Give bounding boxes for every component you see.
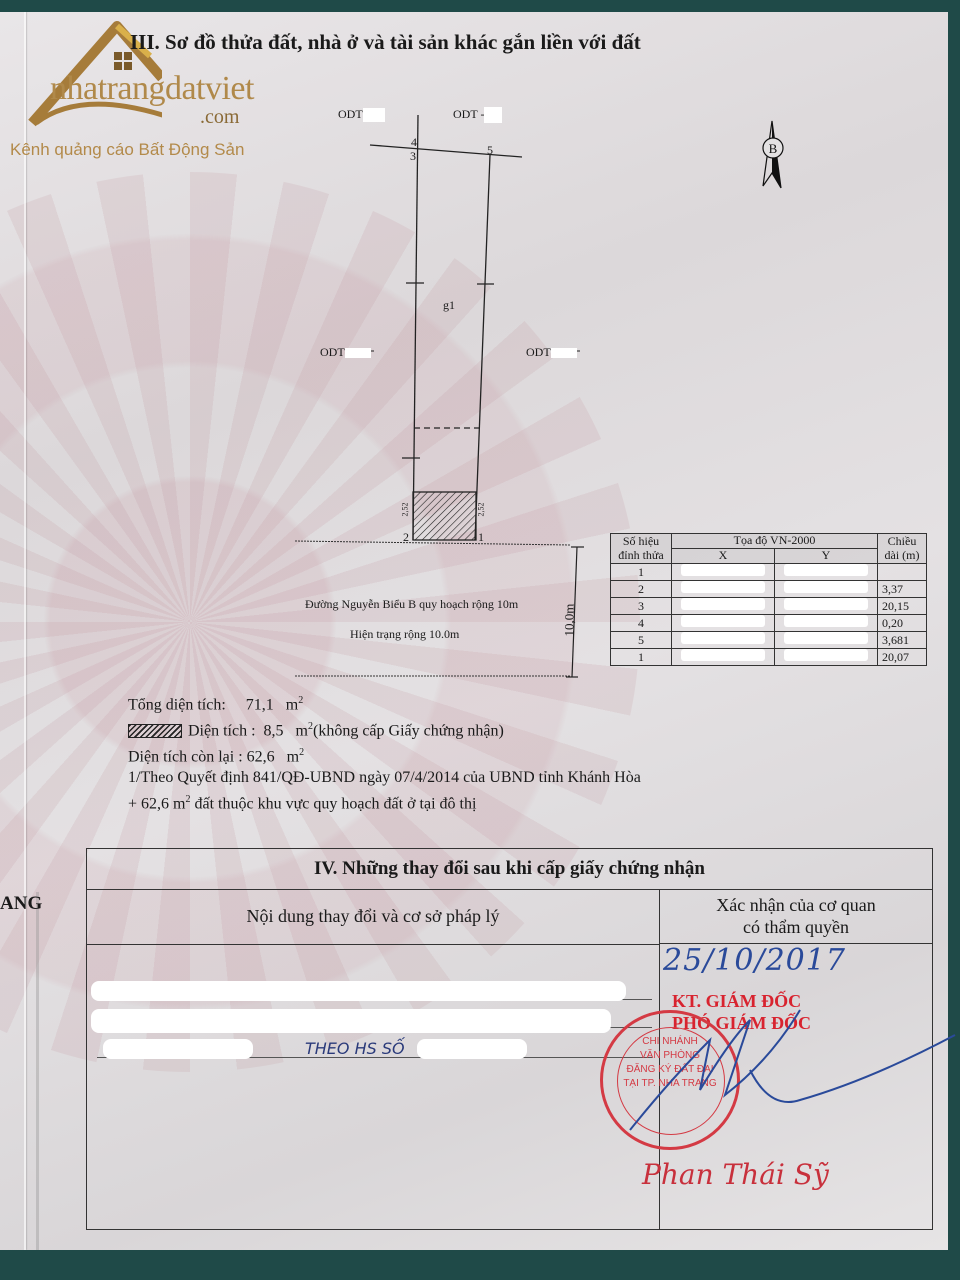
- redacted-text: [91, 981, 626, 1001]
- header-change-content: Nội dung thay đổi và cơ sở pháp lý: [87, 889, 659, 945]
- parcel-label: g1: [443, 298, 455, 313]
- y-cell-redacted: [775, 598, 878, 615]
- vertex-label: 2: [403, 530, 409, 545]
- road-current-width: Hiện trạng rộng 10.0m: [350, 627, 459, 642]
- redacted-text: [103, 1039, 253, 1059]
- total-area-value: 71,1: [246, 696, 274, 713]
- length-cell: 3,681: [878, 632, 927, 649]
- coordinate-table: Số hiệu đỉnh thửa Tọa độ VN-2000 Chiều d…: [610, 533, 927, 666]
- header-length: Chiều dài (m): [878, 534, 927, 564]
- vertex-cell: 5: [611, 632, 672, 649]
- y-cell-redacted: [775, 581, 878, 598]
- length-cell: 20,07: [878, 649, 927, 666]
- length-cell: 3,37: [878, 581, 927, 598]
- x-cell-redacted: [672, 649, 775, 666]
- x-cell-redacted: [672, 564, 775, 581]
- x-cell-redacted: [672, 581, 775, 598]
- header-vertex: Số hiệu đỉnh thửa: [611, 534, 672, 564]
- remaining-area-line: Diện tích còn lại : 62,6 m2: [128, 742, 641, 768]
- vertex-label: 5: [487, 143, 493, 158]
- header-coords: Tọa độ VN-2000: [672, 534, 878, 549]
- hatched-area-line: Diện tích : 8,5 m2(không cấp Giấy chứng …: [128, 716, 641, 742]
- redacted-text: [417, 1039, 527, 1059]
- signature: [600, 1000, 960, 1160]
- handwritten-date: 25/10/2017: [663, 943, 846, 978]
- zone-line: + 62,6 m2 đất thuộc khu vực quy hoạch đấ…: [128, 789, 641, 815]
- y-cell-redacted: [775, 649, 878, 666]
- vertex-label: 3: [410, 149, 416, 164]
- svg-text:B: B: [769, 141, 778, 156]
- y-cell-redacted: [775, 632, 878, 649]
- vertex-cell: 4: [611, 615, 672, 632]
- side-page-fragment: ANG: [0, 893, 42, 915]
- hatch-legend-swatch: [128, 724, 182, 738]
- header-confirmation: Xác nhận của cơ quan có thẩm quyền: [659, 889, 932, 944]
- road-name: Đường Nguyễn Biểu B quy hoạch rộng 10m: [305, 597, 518, 612]
- table-row: 23,37: [611, 581, 927, 598]
- area-summary: Tổng diện tích: 71,1 m2 Diện tích : 8,5 …: [128, 690, 641, 815]
- redacted-text: [91, 1009, 611, 1033]
- table-row: 320,15: [611, 598, 927, 615]
- length-cell: [878, 564, 927, 581]
- table-row: 1: [611, 564, 927, 581]
- x-cell-redacted: [672, 632, 775, 649]
- length-cell: 20,15: [878, 598, 927, 615]
- table-row: 120,07: [611, 649, 927, 666]
- x-cell-redacted: [672, 598, 775, 615]
- vertex-cell: 2: [611, 581, 672, 598]
- header-x: X: [672, 549, 775, 564]
- header-y: Y: [775, 549, 878, 564]
- neighbor-mid-right: ODT: [526, 345, 577, 360]
- y-cell-redacted: [775, 615, 878, 632]
- length-cell: 0,20: [878, 615, 927, 632]
- paper-fold: [36, 892, 39, 1250]
- vertex-cell: 1: [611, 564, 672, 581]
- hatch-right-dim: 2,52: [477, 503, 486, 517]
- signer-name: Phan Thái Sỹ: [642, 1158, 829, 1191]
- x-cell-redacted: [672, 615, 775, 632]
- y-cell-redacted: [775, 564, 878, 581]
- vertex-cell: 3: [611, 598, 672, 615]
- table-row: 40,20: [611, 615, 927, 632]
- neighbor-top-right: ODT -: [453, 107, 502, 123]
- vertex-cell: 1: [611, 649, 672, 666]
- road-width-dimension: 10,0m: [561, 604, 577, 637]
- changes-title: IV. Những thay đổi sau khi cấp giấy chứn…: [87, 849, 932, 890]
- hatched-area-value: 8,5: [264, 722, 284, 739]
- decision-line: 1/Theo Quyết định 841/QĐ-UBND ngày 07/4/…: [128, 767, 641, 789]
- hatch-left-dim: 2,52: [401, 503, 410, 517]
- north-arrow-icon: B: [752, 118, 792, 198]
- vertex-label: 1: [478, 530, 484, 545]
- vertex-label: 4: [411, 135, 417, 150]
- handwritten-reference: THEO HS SỐ: [305, 1039, 405, 1058]
- table-row: 53,681: [611, 632, 927, 649]
- remaining-area-value: 62,6: [247, 748, 275, 765]
- neighbor-top-left: ODT: [338, 107, 385, 122]
- neighbor-mid-left: ODT: [320, 345, 371, 360]
- total-area-line: Tổng diện tích: 71,1 m2: [128, 690, 641, 716]
